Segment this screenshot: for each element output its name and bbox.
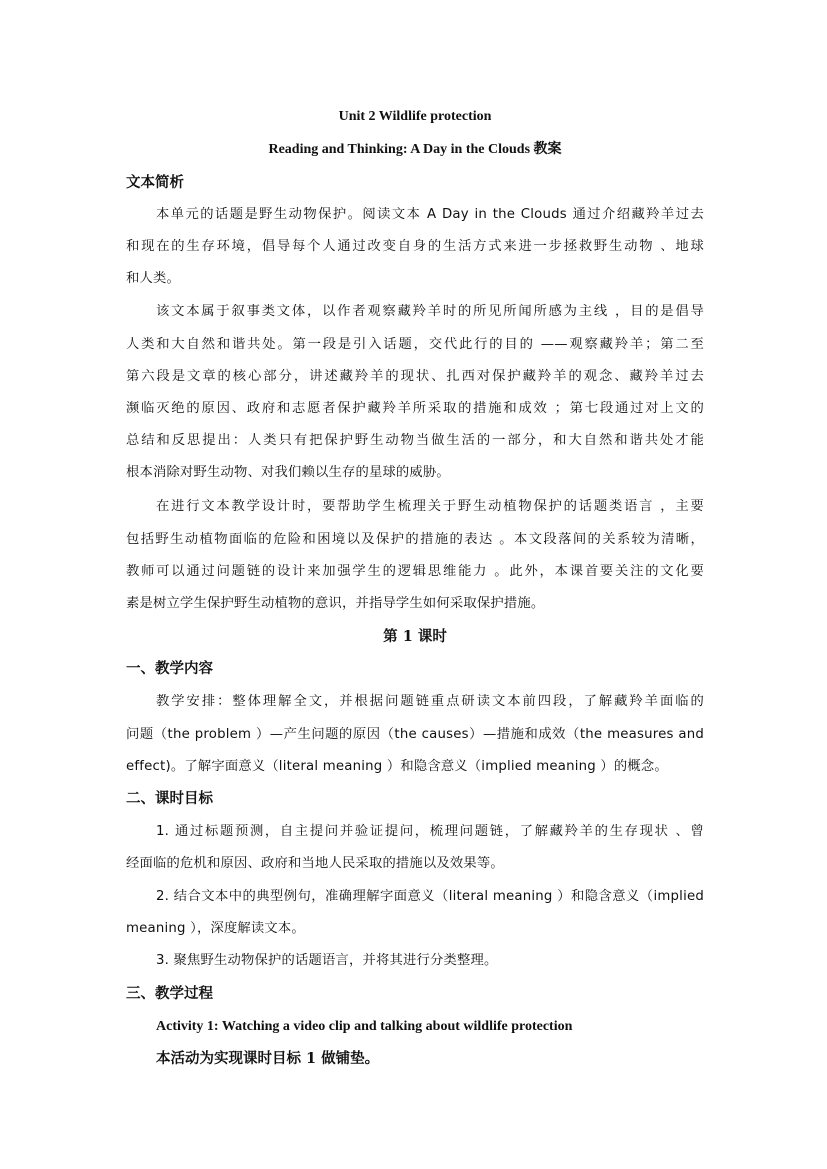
section-heading-objectives: 二、课时目标 bbox=[126, 790, 213, 808]
document-subtitle: Reading and Thinking: A Day in the Cloud… bbox=[126, 141, 704, 159]
objective-item-2-cont: meaning ），深度解读文本。 bbox=[126, 920, 305, 938]
paragraph-line: 和人类。 bbox=[126, 270, 180, 288]
objective-item-1-cont: 经面临的危机和原因、政府和当地人民采取的措施以及效果等。 bbox=[126, 855, 504, 873]
section-heading-process: 三、教学过程 bbox=[126, 985, 213, 1003]
paragraph-line: 濒临灭绝的原因、政府和志愿者保护藏羚羊所采取的措施和成效 ；第七段通过对上文的 bbox=[126, 400, 704, 418]
objective-item-1: 1. 通过标题预测，自主提问并验证提问，梳理问题链，了解藏羚羊的生存现状 、曾 bbox=[156, 823, 704, 841]
paragraph-line: 教师可以通过问题链的设计来加强学生的逻辑思维能力 。此外，本课首要关注的文化要 bbox=[126, 563, 704, 581]
activity-title: Activity 1: Watching a video clip and ta… bbox=[156, 1018, 572, 1036]
paragraph-line: 第六段是文章的核心部分，讲述藏羚羊的现状、扎西对保护藏羚羊的观念、藏羚羊过去 bbox=[126, 368, 704, 386]
paragraph-line: 和现在的生存环境，倡导每个人通过改变自身的生活方式来进一步拯救野生动物 、地球 bbox=[126, 238, 704, 256]
paragraph-line: 该文本属于叙事类文体，以作者观察藏羚羊时的所见所闻所感为主线 ，目的是倡导 bbox=[156, 303, 704, 321]
paragraph-line: effect)。了解字面意义（literal meaning ）和隐含意义（im… bbox=[126, 758, 668, 776]
paragraph-line: 问题（the problem ）—产生问题的原因（the causes）—措施和… bbox=[126, 726, 704, 744]
section-heading-content: 一、教学内容 bbox=[126, 660, 213, 678]
paragraph-line: 素是树立学生保护野生动植物的意识，并指导学生如何采取保护措施。 bbox=[126, 595, 544, 613]
paragraph-line: 总结和反思提出：人类只有把保护野生动物当做生活的一部分，和大自然和谐共处才能 bbox=[126, 432, 704, 450]
section-heading-text-analysis: 文本简析 bbox=[126, 174, 184, 192]
objective-item-2: 2. 结合文本中的典型例句，准确理解字面意义（literal meaning ）… bbox=[156, 888, 704, 906]
paragraph-line: 包括野生动植物面临的危险和困境以及保护的措施的表达 。本文段落间的关系较为清晰， bbox=[126, 531, 704, 549]
lesson-heading: 第 1 课时 bbox=[126, 628, 704, 646]
paragraph-line: 在进行文本教学设计时，要帮助学生梳理关于野生动植物保护的话题类语言 ，主要 bbox=[156, 498, 704, 516]
document-title: Unit 2 Wildlife protection bbox=[126, 108, 704, 126]
paragraph-line: 教学安排：整体理解全文，并根据问题链重点研读文本前四段，了解藏羚羊面临的 bbox=[156, 693, 704, 711]
paragraph-line: 根本消除对野生动物、对我们赖以生存的星球的威胁。 bbox=[126, 464, 450, 482]
objective-item-3: 3. 聚焦野生动物保护的话题语言，并将其进行分类整理。 bbox=[156, 952, 497, 970]
paragraph-line: 本单元的话题是野生动物保护。阅读文本 A Day in the Clouds 通… bbox=[156, 206, 704, 224]
activity-note: 本活动为实现课时目标 1 做铺垫。 bbox=[156, 1050, 379, 1068]
paragraph-line: 人类和大自然和谐共处。第一段是引入话题，交代此行的目的 ——观察藏羚羊；第二至 bbox=[126, 336, 704, 354]
